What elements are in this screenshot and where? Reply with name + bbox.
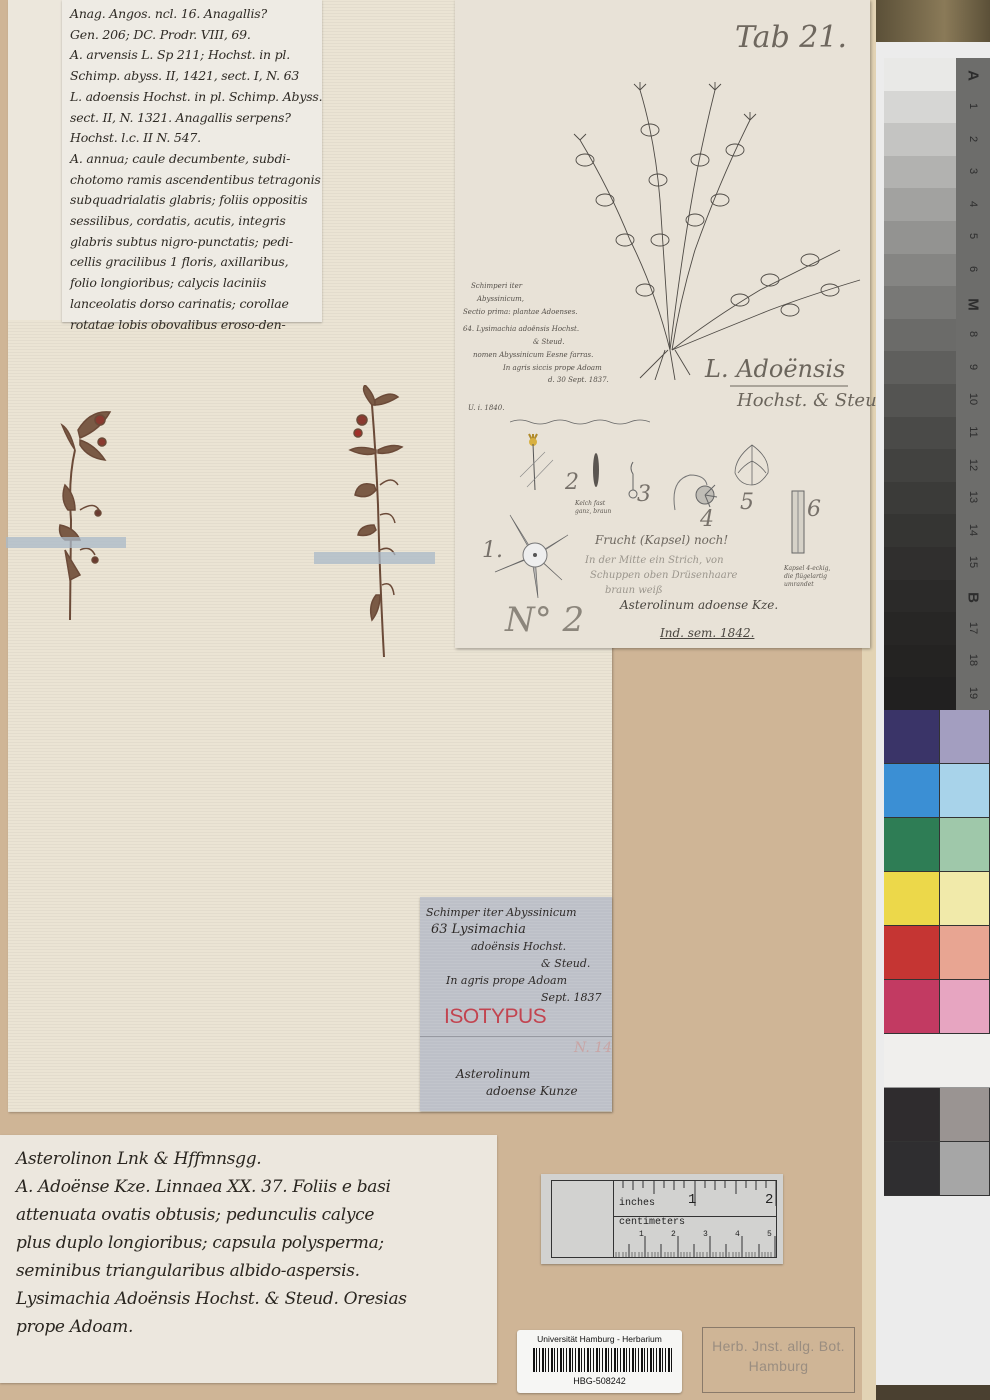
color-patch-dark: [884, 980, 940, 1034]
caption-line: umrandet: [784, 581, 830, 589]
gray-step-label: 15: [967, 545, 979, 579]
plate-determination: Asterolinum adoense Kze.: [620, 598, 778, 612]
color-patch-dark: [884, 818, 940, 872]
gray-step: [884, 645, 956, 678]
gray-step-label: 18: [967, 643, 979, 677]
plate-note: 64. Lysimachia adoënsis Hochst.: [463, 323, 663, 336]
barcode-catalog-number: HBG-508242: [517, 1376, 682, 1386]
stamp-line: Hamburg: [703, 1356, 854, 1376]
label-line: A. Adoënse Kze. Linnaea XX. 37. Foliis e…: [16, 1173, 497, 1201]
gray-step: [884, 384, 956, 417]
gray-step: [884, 449, 956, 482]
desc-line: sect. II, N. 1321. Anagallis serpens?: [70, 108, 316, 129]
gray-step: [884, 319, 956, 352]
ruler-cm-tick: 4: [735, 1230, 740, 1239]
gray-step: [884, 482, 956, 515]
neutral-patch-dark: [884, 1142, 940, 1196]
gray-step: [884, 612, 956, 645]
iso-number-mark: N. 14: [574, 1040, 612, 1057]
iso-line: In agris prope Adoam: [426, 972, 602, 989]
desc-line: Hochst. l.c. II N. 547.: [70, 128, 316, 149]
gray-step-label: 10: [967, 382, 979, 416]
color-patch-light: [940, 764, 990, 818]
desc-line: Schimp. abyss. II, 1421, sect. I, N. 63: [70, 66, 316, 87]
figure-caption: Kapsel 4-eckig, die flügelartig umrandet: [784, 565, 830, 589]
stamp-line: Herb. Jnst. allg. Bot.: [703, 1336, 854, 1356]
ruler-cm-tick: 5: [767, 1230, 772, 1239]
ruler-cm-label: centimeters: [619, 1217, 685, 1228]
scale-ruler: inches 1 2 centimeters 1 2 3 4 5: [541, 1174, 783, 1264]
gray-step-label: 19: [967, 676, 979, 710]
color-patch-dark: [884, 710, 940, 764]
background-edge: [876, 1385, 990, 1400]
gray-step-label: 9: [967, 350, 979, 384]
ruler-inch-tick: 2: [765, 1192, 773, 1208]
determination-label: Asterolinon Lnk & Hffmnsgg. A. Adoënse K…: [0, 1135, 497, 1383]
desc-line: Gen. 206; DC. Prodr. VIII, 69.: [70, 25, 316, 46]
gray-step: [884, 58, 956, 91]
gray-step: [884, 351, 956, 384]
gray-step: [884, 286, 956, 319]
desc-line: L. adoensis Hochst. in pl. Schimp. Abyss…: [70, 87, 316, 108]
plate-note: U. i. 1840.: [468, 402, 504, 415]
figure-open-flower: [490, 510, 580, 605]
desc-line: subquadrialatis glabris; foliis oppositi…: [70, 190, 316, 211]
gray-step: [884, 514, 956, 547]
background-edge: [876, 0, 990, 42]
figure-calyx-lobe: [590, 450, 602, 490]
neutral-patch-light: [940, 1088, 990, 1142]
gray-step-label: 2: [967, 122, 979, 156]
isotype-stamp: ISOTYPUS: [444, 1005, 546, 1029]
iso-line: Sept. 1837: [426, 989, 602, 1006]
paper-strip: [8, 0, 70, 320]
gray-step: [884, 156, 956, 189]
figure-flower-bud: [515, 432, 555, 492]
gray-scale-strip: [884, 58, 956, 710]
iso-line: Schimper iter Abyssinicum: [426, 904, 602, 921]
figure-number: 2: [565, 470, 579, 495]
caption-line: Kelch fast: [575, 500, 611, 508]
color-patch-light: [940, 926, 990, 980]
gray-step: [884, 677, 956, 710]
barcode-bars: [533, 1348, 673, 1372]
gray-step: [884, 580, 956, 613]
iso-line: 63 Lysimachia: [426, 921, 602, 938]
plate-number: N° 2: [505, 600, 584, 640]
gray-step: [884, 547, 956, 580]
figure-caption: Kelch fast ganz, braun: [575, 500, 611, 516]
plate-faint-line: In der Mitte ein Strich, von: [585, 555, 724, 566]
figure-leaf: [730, 443, 775, 488]
gray-step: [884, 417, 956, 450]
ruler-cm-tick: 3: [703, 1230, 708, 1239]
gray-step: [884, 188, 956, 221]
gray-scale-labels: A123456M89101112131415B171819: [956, 58, 990, 710]
ruler-cm-tick: 2: [671, 1230, 676, 1239]
figure-number: 3: [637, 482, 651, 507]
neutral-patch-dark: [884, 1088, 940, 1142]
figure-number: 4: [700, 507, 714, 532]
plate-note: Abyssinicum,: [463, 293, 663, 306]
desc-line: A. arvensis L. Sp 211; Hochst. in pl.: [70, 45, 316, 66]
desc-line: cellis gracilibus 1 floris, axillaribus,: [70, 252, 316, 273]
figure-number: 5: [740, 490, 754, 515]
desc-line: glabris subtus nigro-punctatis; pedi-: [70, 232, 316, 253]
caption-line: Kapsel 4-eckig,: [784, 565, 830, 573]
caption-line: ganz, braun: [575, 508, 611, 516]
desc-line: folio longioribus; calycis laciniis: [70, 273, 316, 294]
color-patch-light: [940, 710, 990, 764]
iso-line: & Steud.: [426, 955, 602, 972]
color-patch-light: [940, 872, 990, 926]
plate-note: d. 30 Sept. 1837.: [463, 374, 663, 387]
gray-step-label: 11: [967, 415, 979, 449]
gray-step-label: 17: [967, 611, 979, 645]
underline: [730, 384, 850, 388]
label-fold: [420, 1036, 612, 1037]
institute-stamp: Herb. Jnst. allg. Bot. Hamburg: [702, 1327, 855, 1393]
white-patch: [884, 1034, 990, 1088]
gray-step-label: 8: [967, 317, 979, 351]
iso-line: adoënsis Hochst.: [426, 938, 602, 955]
figure-number: 6: [807, 497, 821, 522]
gray-step: [884, 221, 956, 254]
iso-line: Asterolinum: [456, 1066, 578, 1083]
description-label: Anag. Angos. ncl. 16. Anagallis? Gen. 20…: [62, 0, 322, 322]
caption-line: die flügelartig: [784, 573, 830, 581]
tape-strip: [6, 537, 126, 548]
desc-line: Anag. Angos. ncl. 16. Anagallis?: [70, 4, 316, 25]
barcode-institution: Universität Hamburg - Herbarium: [517, 1334, 682, 1344]
plate-faint-line: braun weiß: [605, 585, 663, 596]
label-line: seminibus triangularibus albido-aspersis…: [16, 1257, 497, 1285]
desc-line: sessilibus, cordatis, acutis, integris: [70, 211, 316, 232]
pressed-specimen-right: [330, 385, 440, 665]
gray-step-label: A: [965, 59, 982, 93]
color-patch-light: [940, 980, 990, 1034]
plate-collection-notes: Schimperi iter Abyssinicum, Sectio prima…: [463, 280, 663, 387]
label-line: attenuata ovatis obtusis; pedunculis cal…: [16, 1201, 497, 1229]
gray-step-label: 13: [967, 480, 979, 514]
color-patches: [884, 710, 990, 1362]
gray-step-label: 14: [967, 513, 979, 547]
ruler-inch-tick: 1: [688, 1192, 696, 1208]
desc-line: rotatae lobis obovalibus eroso-den-: [70, 315, 316, 336]
plate-note: Schimperi iter: [463, 280, 663, 293]
plate-author: Hochst. & Steud.: [737, 390, 894, 411]
plate-species-name: L. Adoënsis: [705, 355, 845, 383]
gray-step-label: 6: [967, 252, 979, 286]
plate-note: Sectio prima: plantae Adoenses.: [463, 306, 663, 319]
isotype-determination: Asterolinum adoense Kunze: [456, 1066, 578, 1100]
gray-step: [884, 123, 956, 156]
label-line: Lysimachia Adoënsis Hochst. & Steud. Ore…: [16, 1285, 497, 1313]
plate-note: & Steud.: [463, 336, 663, 349]
plate-note: nomen Abyssinicum Eesne farras.: [463, 349, 663, 362]
gray-step: [884, 254, 956, 287]
iso-line: adoense Kunze: [456, 1083, 578, 1100]
color-patch-dark: [884, 872, 940, 926]
isotype-label-text: Schimper iter Abyssinicum 63 Lysimachia …: [426, 904, 602, 1006]
wavy-divider: [510, 418, 650, 426]
pressed-specimen-left: [40, 400, 150, 660]
barcode-label: Universität Hamburg - Herbarium HBG-5082…: [517, 1330, 682, 1393]
label-line: prope Adoam.: [16, 1313, 497, 1341]
gray-step-label: B: [965, 580, 982, 614]
gray-step-label: 4: [967, 187, 979, 221]
color-patch-dark: [884, 764, 940, 818]
neutral-patch-light: [940, 1142, 990, 1196]
ruler-cm-tick: 1: [639, 1230, 644, 1239]
color-patch-light: [940, 818, 990, 872]
plate-faint-line: Schuppen oben Drüsenhaare: [590, 570, 737, 581]
desc-line: lanceolatis dorso carinatis; corollae: [70, 294, 316, 315]
gray-step-label: 12: [967, 448, 979, 482]
label-line: plus duplo longioribus; capsula polysper…: [16, 1229, 497, 1257]
desc-line: chotomo ramis ascendentibus tetragonis: [70, 170, 316, 191]
plate-center-note: Frucht (Kapsel) noch!: [595, 533, 728, 547]
gray-step-label: M: [965, 287, 982, 321]
color-patch-dark: [884, 926, 940, 980]
gray-step-label: 3: [967, 154, 979, 188]
gray-step: [884, 91, 956, 124]
plate-index-seminum: Ind. sem. 1842.: [660, 626, 754, 640]
tape-strip: [314, 552, 435, 564]
ruler-inches-label: inches: [619, 1198, 655, 1209]
label-line: Asterolinon Lnk & Hffmnsgg.: [16, 1145, 497, 1173]
desc-line: A. annua; caule decumbente, subdi-: [70, 149, 316, 170]
gray-step-label: 1: [967, 89, 979, 123]
gray-step-label: 5: [967, 219, 979, 253]
